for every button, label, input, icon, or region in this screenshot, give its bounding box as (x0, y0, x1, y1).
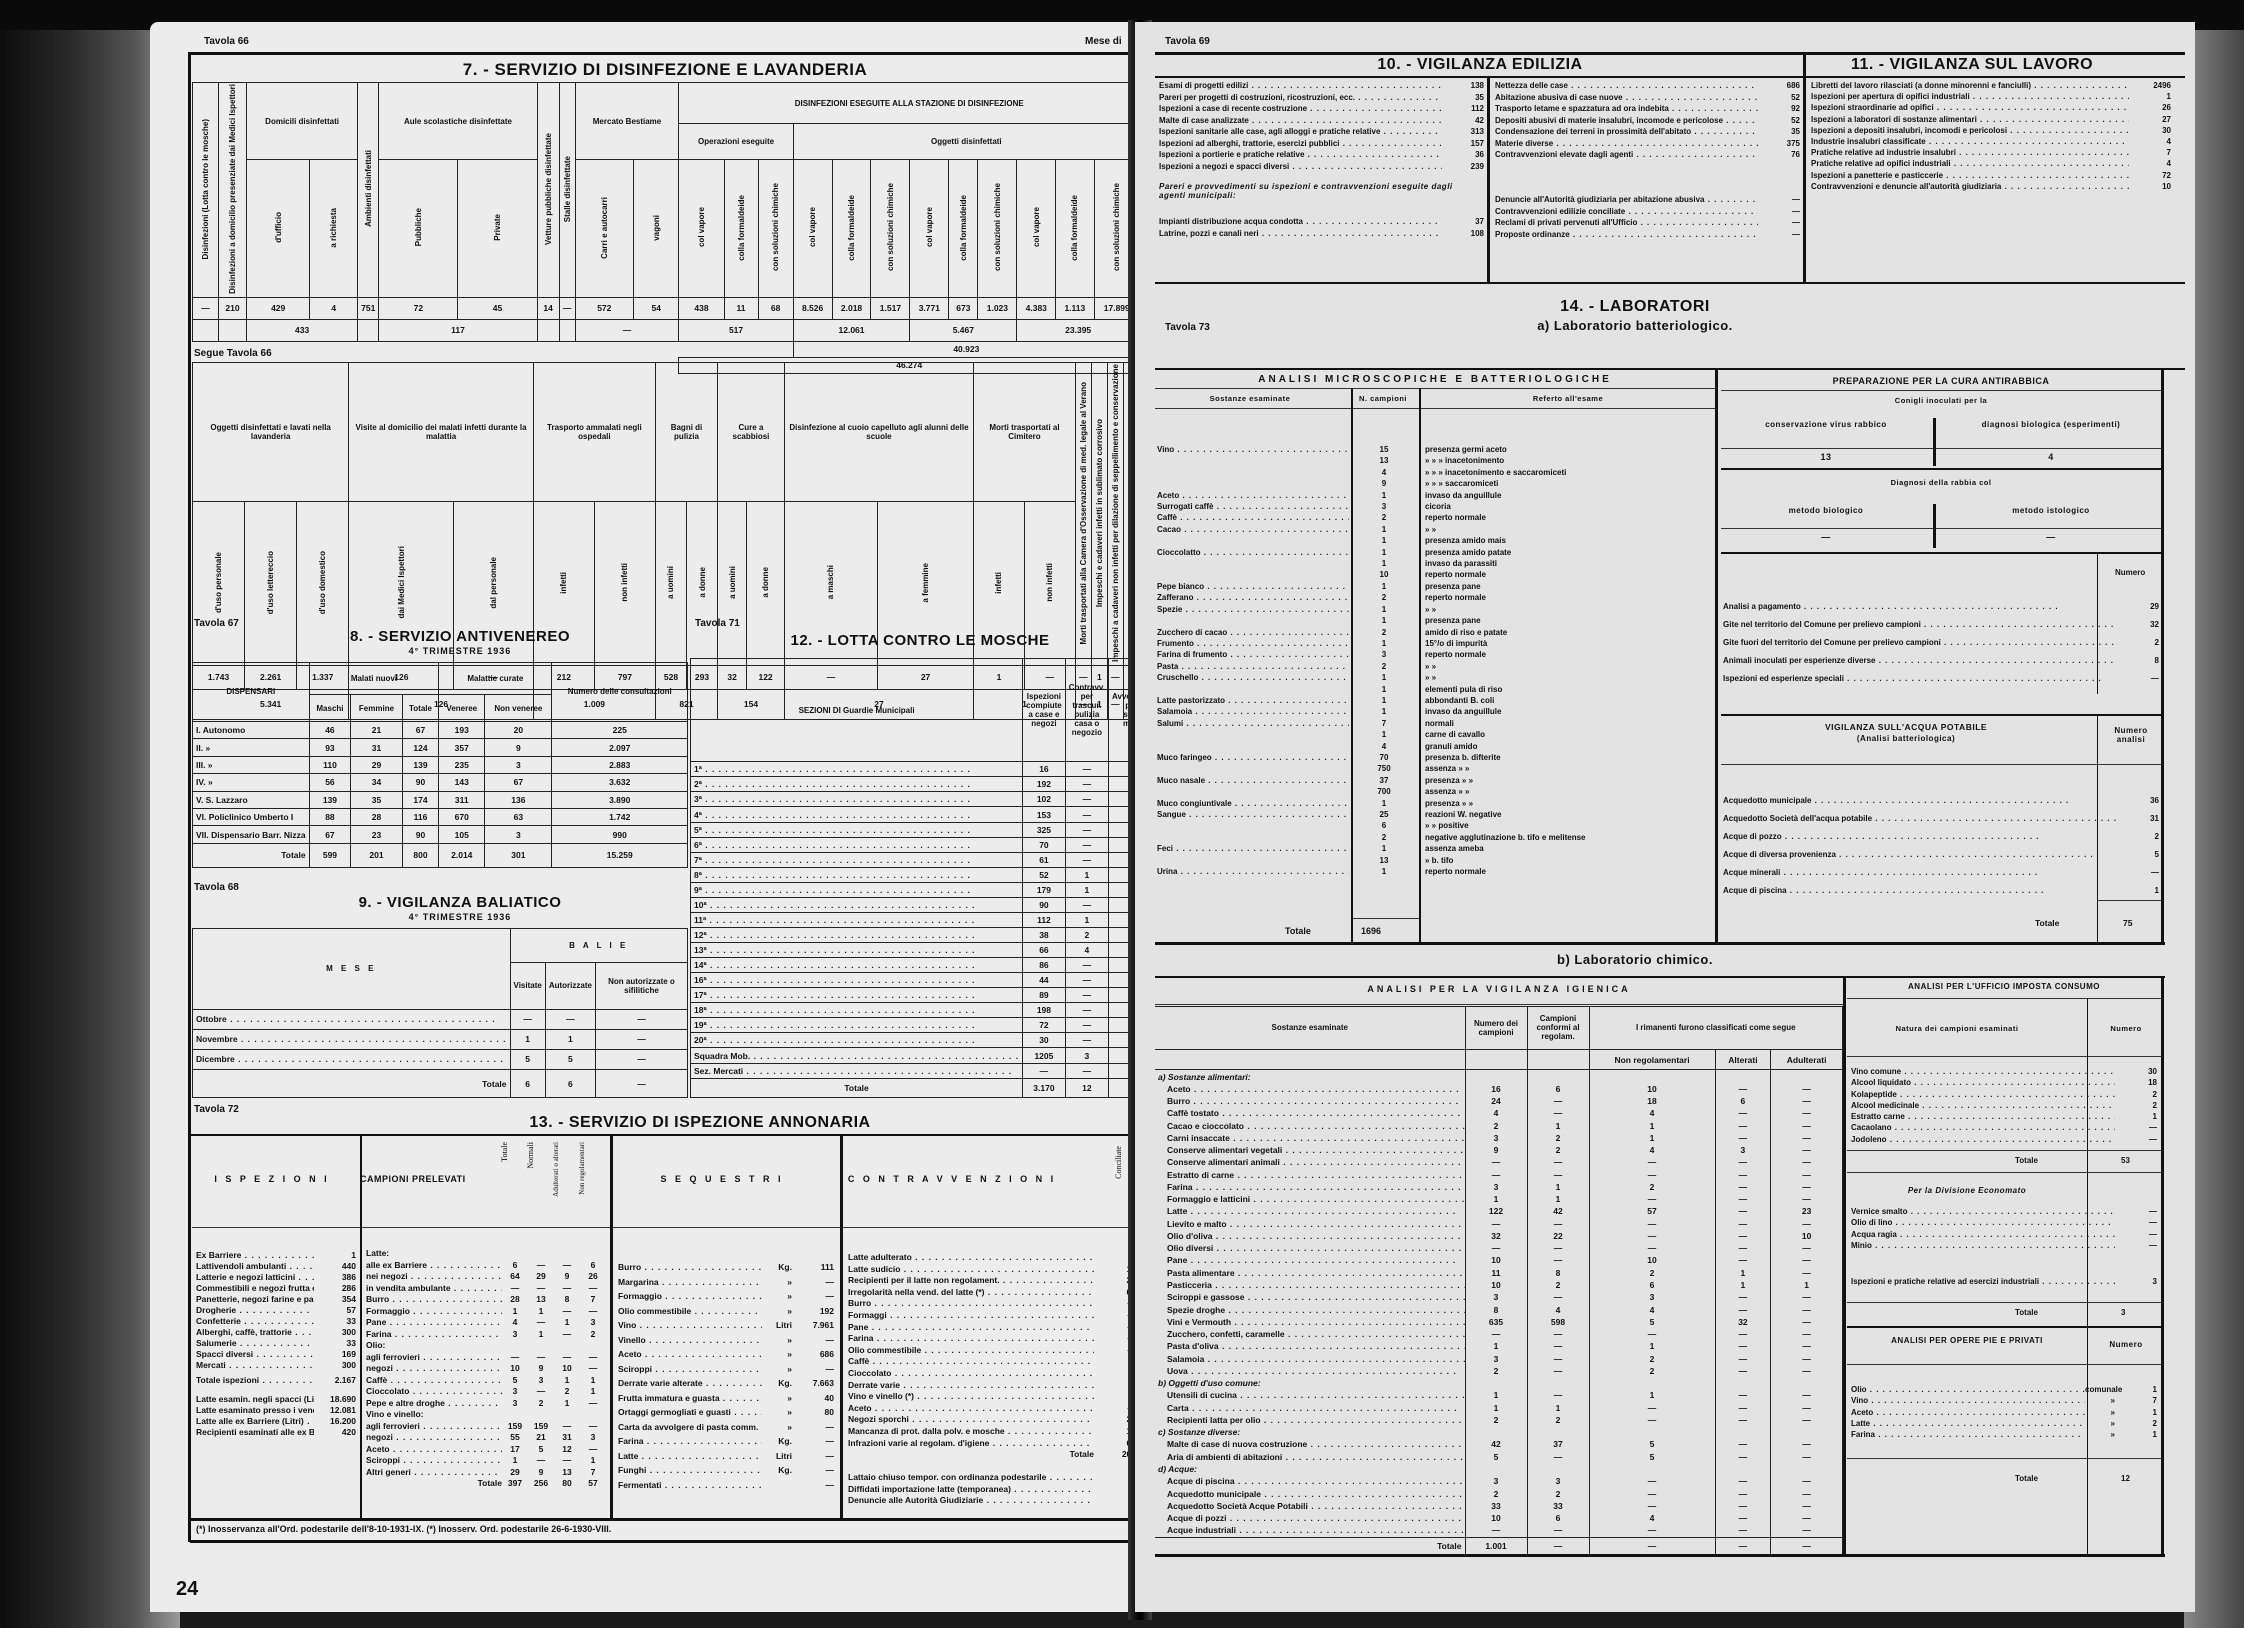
t13-header-band: I S P E Z I O N I CAMPIONI PRELEVATI Tot… (192, 1136, 1140, 1228)
list-item: Salamoia1invaso da anguillule (1157, 706, 1713, 717)
list-item: Latte pastorizzato1abbondanti B. coli (1157, 695, 1713, 706)
list-item: Abitazione abusiva di case nuove52 (1495, 92, 1800, 104)
item-label: Altri generi (366, 1467, 502, 1479)
cell: — (1715, 1291, 1771, 1303)
cell: 3 (485, 826, 552, 843)
item-value: 686 (792, 1347, 834, 1362)
item-value: 57 (314, 1305, 356, 1316)
cell: 1 (510, 1029, 545, 1049)
cell (1715, 1070, 1771, 1083)
item-value: — (1758, 229, 1800, 241)
t14-conigli-label: conservazione virus rabbico (1721, 420, 1931, 429)
item-label: Ispezioni a panetterie e pasticcerie (1811, 170, 2129, 181)
cell: 124 (402, 739, 439, 756)
list-item: BurroKg.111 (618, 1260, 834, 1275)
cell: II. » (193, 739, 310, 756)
item-value: 354 (314, 1294, 356, 1305)
item-value: 256 (528, 1478, 554, 1490)
list-item: Ispezioni a laboratori di sostanze alime… (1811, 114, 2171, 125)
item-label: Industrie insalubri classificate (1811, 136, 2129, 147)
table-row: Lievito e malto————— (1155, 1218, 1843, 1230)
cell: — (1527, 1156, 1589, 1168)
item-label: Cacaolano (1851, 1122, 2115, 1133)
t14-micro-col-campioni: N. campioni (1353, 394, 1413, 403)
divider (1933, 504, 1936, 548)
list-item: Cacao1» » (1157, 524, 1713, 535)
item-value: 1 (1349, 615, 1419, 626)
item-value (554, 1340, 580, 1352)
cell: 235 (439, 756, 485, 773)
item-label: Pane (848, 1322, 1094, 1334)
cell: 2 (1465, 1365, 1527, 1377)
table-row: VII. Dispensario Barr. Nizza672390105399… (193, 826, 688, 843)
list-item: Lattivendoli ambulanti440 (196, 1261, 356, 1272)
rule (1155, 408, 1715, 409)
item-value: 21 (528, 1432, 554, 1444)
item-unit: Kg. (762, 1260, 792, 1275)
rule (1721, 468, 2161, 470)
t14-antirabbica-header: PREPARAZIONE PER LA CURA ANTIRABBICA (1721, 376, 2161, 386)
item-value: 111 (792, 1260, 834, 1275)
t7b-sub: d'uso personale (214, 552, 223, 613)
item-value: 76 (1758, 149, 1800, 161)
item-value: 313 (1442, 126, 1484, 138)
cell: — (1589, 1218, 1715, 1230)
item-value: 2 (2115, 1418, 2157, 1429)
item-label: Alberghi, caffè, trattorie (196, 1327, 314, 1338)
item-value: 1 (2115, 1407, 2157, 1418)
cell: 32 (1465, 1230, 1527, 1242)
cell: 89 (1023, 988, 1066, 1003)
t14-diagnosi-value: — (1941, 532, 2161, 542)
item-value: 52 (1758, 92, 1800, 104)
list-item: FarinaKg.— (618, 1434, 834, 1449)
item-label: Confetterie (196, 1316, 314, 1327)
cell: 40.923 (793, 341, 1139, 357)
cell: 10ª (691, 897, 1023, 912)
item-label (1157, 741, 1349, 752)
list-item: Vinello»— (618, 1333, 834, 1348)
item-label: Cacao (1157, 524, 1349, 535)
cell: 598 (1527, 1316, 1589, 1328)
table-row: Estratto di carne————— (1155, 1169, 1843, 1181)
item-label: Carta da avvolgere di pasta comm. (618, 1420, 762, 1435)
item-label (1157, 467, 1349, 478)
t7-col-ambienti: Ambienti disinfettati (364, 150, 373, 227)
cell: — (1065, 807, 1108, 822)
table-row: Recipienti latta per olio22——— (1155, 1414, 1843, 1426)
t7-group-header: DISINFEZIONI ESEGUITE ALLA STAZIONE DI D… (679, 83, 1140, 124)
cell: — (1715, 1156, 1771, 1168)
list-item: Ispezioni ed esperienze speciali— (1723, 670, 2159, 688)
t14-acqua-subheader: (Analisi batteriologica) (1721, 734, 2091, 743)
list-item: Mercati300 (196, 1360, 356, 1371)
list-item: Latte sudicio14 (848, 1264, 1136, 1276)
cell: — (1465, 1218, 1527, 1230)
list-item: 1carne di cavallo (1157, 729, 1713, 740)
item-value: 7.663 (792, 1376, 834, 1391)
item-value: 2 (1349, 832, 1419, 843)
t10-title: 10. - VIGILANZA EDILIZIA (1155, 56, 1805, 74)
list-item: Olio di lino— (1851, 1217, 2157, 1228)
cell: 37 (1527, 1438, 1589, 1450)
cell: — (1589, 1537, 1715, 1555)
cell: — (1715, 1107, 1771, 1119)
cell: 2ª (691, 777, 1023, 792)
rule (1721, 552, 2161, 554)
table-row: b) Oggetti d'uso comune: (1155, 1377, 1843, 1389)
t14-consumo-header: ANALISI PER L'UFFICIO IMPOSTA CONSUMO (1847, 982, 2161, 991)
t8-col-malattie: Malattie curate (439, 663, 552, 695)
list-item: Latterie e negozi latticini386 (196, 1272, 356, 1283)
cell: 102 (1023, 792, 1066, 807)
item-label: Latte adulterato (848, 1252, 1094, 1264)
item-label: Latte esaminato presso i venditori amb. … (196, 1405, 314, 1416)
table-row: III. »1102913923532.883 (193, 756, 688, 773)
t14-micro-total-value: 1696 (1361, 926, 1381, 936)
header-right: Mese di (1085, 36, 1122, 47)
t9-total-row: Totale 6 6 — (193, 1070, 688, 1098)
item-label: Negozi sporchi (848, 1414, 1094, 1426)
t7b-sub: a donne (698, 567, 707, 598)
cell (1527, 1070, 1589, 1083)
t7b-sub: dai Medici Ispettori (397, 546, 406, 618)
table-row: Farina312—— (1155, 1181, 1843, 1193)
item-value: 33 (314, 1316, 356, 1327)
item-unit: » (2085, 1407, 2115, 1418)
item-value: 32 (2117, 616, 2159, 634)
item-value: — (1758, 217, 1800, 229)
item-value: 10 (502, 1363, 528, 1375)
cell: 5.467 (910, 319, 1017, 341)
cell (1589, 1377, 1715, 1389)
item-label: Spezie (1157, 604, 1349, 615)
cell: 28 (351, 808, 402, 825)
list-item: Denuncie alle Autorità Giudiziarie (848, 1495, 1136, 1507)
item-value: — (528, 1455, 554, 1467)
cell: 2 (1589, 1181, 1715, 1193)
cell: Caffè tostato (1155, 1107, 1465, 1119)
item-value: 55 (502, 1432, 528, 1444)
t14-igienica-col-alterati: Alterati (1715, 1049, 1771, 1069)
t14-diagnosi-value: — (1721, 532, 1931, 542)
t11-title: 11. - VIGILANZA SUL LAVORO (1807, 56, 2137, 74)
item-label (1157, 684, 1349, 695)
list-item: Infrazioni varie al regolam. d'igiene65 (848, 1438, 1136, 1450)
cell: 1 (1589, 1389, 1715, 1401)
list-item: Alberghi, caffè, trattorie300 (196, 1327, 356, 1338)
item-value: 7 (2129, 147, 2171, 158)
list-item: Formaggi— (848, 1310, 1136, 1322)
item-value: — (792, 1463, 834, 1478)
item-label: Vinello (618, 1333, 762, 1348)
t8-col-totale: Totale (402, 695, 439, 722)
cell: — (1527, 1389, 1589, 1401)
item-unit: » (2085, 1429, 2115, 1440)
item-label: Formaggio (618, 1289, 762, 1304)
item-label (1157, 786, 1349, 797)
item-label: Muco faringeo (1157, 752, 1349, 763)
t14-conigli-value: 13 (1721, 452, 1931, 462)
cell: 67 (309, 826, 351, 843)
item-label: Vino (618, 1318, 762, 1333)
list-item: Vino e vinello (*)2 (848, 1391, 1136, 1403)
t14-igienica-col-classificati: I rimanenti furono classificati come seg… (1589, 1007, 1843, 1050)
item-label: Pepe e altre droghe (366, 1398, 502, 1410)
t8-total-row: Totale 599 201 800 2.014 301 15.259 (193, 843, 688, 867)
item-label (1157, 820, 1349, 831)
item-value: 80 (792, 1405, 834, 1420)
item-label: Burro (848, 1298, 1094, 1310)
rule (190, 1518, 1140, 1521)
item-label: Zafferano (1157, 592, 1349, 603)
cell: — (1065, 1063, 1108, 1078)
item-value: 9 (554, 1271, 580, 1283)
cell: 3.632 (552, 774, 688, 791)
item-value: — (2115, 1240, 2157, 1251)
cell: — (1771, 1119, 1843, 1131)
list-item: Olio commestibile»192 (618, 1304, 834, 1319)
t14-micro-col-referto: Referto all'esame (1423, 394, 1713, 403)
t7b-group: Visite al domicilio dei malati infetti d… (349, 363, 534, 502)
item-label: Diffidati importazione latte (temporanea… (848, 1484, 1094, 1496)
item-label: Jodoleno (1851, 1134, 2115, 1145)
item-value: 1 (2115, 1111, 2157, 1122)
cell: 4ª (691, 807, 1023, 822)
cell: Sez. Mercati (691, 1063, 1023, 1078)
t8-col-veneree: Veneree (439, 695, 485, 722)
item-label: Frutta immatura e guasta (618, 1391, 762, 1406)
cell: 3 (1065, 1048, 1108, 1063)
item-value (502, 1409, 528, 1421)
cell: 6 (1527, 1512, 1589, 1524)
item-label: Caffè (1157, 512, 1349, 523)
t13-tavola: Tavola 72 (194, 1104, 239, 1115)
cell: 72 (1023, 1018, 1066, 1033)
item-label: Muco nasale (1157, 775, 1349, 786)
list-item: Vino»7 (1851, 1395, 2157, 1406)
cell: 34 (351, 774, 402, 791)
item-label: Trasporto letame e spazzatura ad ora ind… (1495, 103, 1758, 115)
t13-ispezioni-list: Ex Barriere1Lattivendoli ambulanti440Lat… (196, 1250, 356, 1438)
item-value: — (792, 1275, 834, 1290)
cell: 11 (724, 297, 758, 319)
item-value: 286 (314, 1283, 356, 1294)
item-value: — (580, 1352, 606, 1364)
cell: — (1527, 1365, 1589, 1377)
cell: 1 (545, 1029, 595, 1049)
cell: — (1527, 1169, 1589, 1181)
t7b-group: Bagni di pulizia (655, 363, 717, 502)
list-item: Reclami di privati pervenuti all'Ufficio… (1495, 217, 1800, 229)
t12-tavola: Tavola 71 (695, 618, 740, 629)
cell: 11ª (691, 912, 1023, 927)
cell: 117 (379, 319, 537, 341)
item-label: Feci (1157, 843, 1349, 854)
cell: 1 (1771, 1279, 1843, 1291)
item-label: agli ferrovieri (366, 1352, 502, 1364)
t10-right2-list: Denuncie all'Autorità giudiziaria per ab… (1495, 194, 1800, 240)
cell: — (1715, 1230, 1771, 1242)
t12-title: 12. - LOTTA CONTRO LE MOSCHE (710, 632, 1130, 649)
item-value: — (792, 1420, 834, 1435)
item-label: Ispezioni a negozi e spacci diversi (1159, 161, 1442, 173)
item-label: Acque di pozzo (1723, 828, 2117, 846)
cell: — (595, 1070, 687, 1098)
item-value: — (2115, 1134, 2157, 1145)
item-label: Salumerie (196, 1338, 314, 1349)
cell: 56 (309, 774, 351, 791)
item-value: 80 (554, 1478, 580, 1490)
cell: Formaggio e latticini (1155, 1193, 1465, 1205)
item-label: negozi (366, 1432, 502, 1444)
t14-conigli-label: diagnosi biologica (esperimenti) (1941, 420, 2161, 429)
cell: Conserve alimentari animali (1155, 1156, 1465, 1168)
table-row: Sciroppi e gassose3—3—— (1155, 1291, 1843, 1303)
rule (1847, 1326, 2161, 1328)
cell: — (595, 1029, 687, 1049)
list-item: Materie diverse375 (1495, 138, 1800, 150)
t7-col-soluzioni: con soluzioni chimiche (886, 183, 895, 271)
list-item: Ispezioni a negozi e spacci diversi239 (1159, 161, 1484, 173)
list-item: Alcool medicinale2 (1851, 1100, 2157, 1111)
cell: — (1715, 1352, 1771, 1364)
cell: Pane (1155, 1254, 1465, 1266)
t13-contravvenzioni-list: Latte adulterato1Latte sudicio14Recipien… (848, 1252, 1136, 1461)
item-value: 138 (1442, 80, 1484, 92)
tavola-label: Tavola 69 (1165, 36, 1210, 47)
t7-col-vapore: col vapore (1032, 207, 1041, 247)
item-value: 1 (1349, 604, 1419, 615)
item-label (1157, 855, 1349, 866)
item-value: 1 (1349, 524, 1419, 535)
list-item: Lattaio chiuso tempor. con ordinanza pod… (848, 1472, 1136, 1484)
item-value: 9 (1349, 478, 1419, 489)
t7b-sub: a maschi (826, 565, 835, 599)
cell: — (575, 319, 679, 341)
list-item: nei negozi6429926 (366, 1271, 606, 1283)
item-referto: reazioni W. negative (1419, 809, 1501, 820)
list-item: 4granuli amido (1157, 741, 1713, 752)
item-value: 2 (554, 1386, 580, 1398)
cell: Aceto (1155, 1083, 1465, 1095)
table-row: IV. »563490143673.632 (193, 774, 688, 791)
cell: — (1771, 1389, 1843, 1401)
cell: — (1715, 1438, 1771, 1450)
cell: — (1589, 1402, 1715, 1414)
cell: — (1715, 1340, 1771, 1352)
list-item: Acquedotto Società dell'acqua potabile31 (1723, 810, 2159, 828)
table-row: Conserve alimentari vegetali9243— (1155, 1144, 1843, 1156)
cell: 20ª (691, 1033, 1023, 1048)
item-label: Caffè (366, 1375, 502, 1387)
t13-sequestri-list: BurroKg.111Margarina»—Formaggio»—Olio co… (618, 1260, 834, 1492)
list-item: Carta da avvolgere di pasta comm.»— (618, 1420, 834, 1435)
list-item: negozi5521313 (366, 1432, 606, 1444)
item-label: Impianti distribuzione acqua condotta (1159, 216, 1442, 228)
item-value (528, 1409, 554, 1421)
item-label: Alcool medicinale (1851, 1100, 2115, 1111)
item-label: negozi (366, 1363, 502, 1375)
t9-subtitle: 4° TRIMESTRE 1936 (330, 912, 590, 922)
t7-title: 7. - SERVIZIO DI DISINFEZIONE E LAVANDER… (190, 60, 1140, 80)
cell: Farina (1155, 1181, 1465, 1193)
list-item: Surrogati caffè3cicoria (1157, 501, 1713, 512)
cell: — (1065, 1033, 1108, 1048)
list-item: Altri generi299137 (366, 1467, 606, 1479)
item-label: Aceto (618, 1347, 762, 1362)
table-row: a) Sostanze alimentari: (1155, 1070, 1843, 1083)
item-value: 6 (580, 1260, 606, 1272)
cell: 14ª (691, 958, 1023, 973)
cell: 5 (1589, 1451, 1715, 1463)
list-item: Panetterie, negozi farine e paste354 (196, 1294, 356, 1305)
t7-col-domicili: Domicili disinfettati (247, 83, 358, 160)
cell: — (1527, 1218, 1589, 1230)
cell (1465, 1377, 1527, 1389)
list-item: 9» » » saccaromiceti (1157, 478, 1713, 489)
t13-col-adulterati: Adulterati o alterati (552, 1142, 560, 1197)
rule (1155, 1554, 2165, 1557)
t7b-group: Trasporto ammalati negli ospedali (533, 363, 655, 502)
cell (1715, 1377, 1771, 1389)
item-value: — (2115, 1229, 2157, 1240)
item-referto: » » (1419, 604, 1436, 615)
cell: 54 (634, 297, 679, 319)
cell: — (1589, 1169, 1715, 1181)
item-label: agli ferrovieri (366, 1421, 502, 1433)
item-label: Lattaio chiuso tempor. con ordinanza pod… (848, 1472, 1094, 1484)
cell: 13ª (691, 943, 1023, 958)
cell: — (1465, 1328, 1527, 1340)
item-value: 42 (1442, 115, 1484, 127)
list-item: in vendita ambulante———— (366, 1283, 606, 1295)
cell: — (1065, 988, 1108, 1003)
cell: — (1771, 1487, 1843, 1499)
list-item: Ispezioni a depositi insalubri, incomodi… (1811, 125, 2171, 136)
list-item: Gite fuori del territorio del Comune per… (1723, 634, 2159, 652)
table-row: Acquedotto Società Acque Potabili3333——— (1155, 1500, 1843, 1512)
list-item: 10reperto normale (1157, 569, 1713, 580)
item-value (554, 1409, 580, 1421)
list-item: Contravvenzioni e denuncie all'autorità … (1811, 181, 2171, 192)
cell (1527, 1426, 1589, 1438)
item-value: 17 (502, 1444, 528, 1456)
t7-col-aule: Aule scolastiche disinfettate (379, 83, 537, 160)
cell: — (1715, 1487, 1771, 1499)
rule (1155, 76, 2185, 78)
item-label: Lattivendoli ambulanti (196, 1261, 314, 1272)
t13-col-campioni: CAMPIONI PRELEVATI (360, 1174, 490, 1184)
rule (190, 1540, 1140, 1543)
item-value (580, 1409, 606, 1421)
item-value: 157 (1442, 138, 1484, 150)
item-value: 30 (2115, 1066, 2157, 1077)
list-item: 1presenza pane (1157, 615, 1713, 626)
cell: — (1715, 1119, 1771, 1131)
t14-tavola: Tavola 73 (1165, 322, 1210, 333)
item-label: Ispezioni e pratiche relative ad eserciz… (1851, 1276, 2115, 1287)
item-label: Ex Barriere (196, 1250, 314, 1261)
t7-col-vapore: col vapore (697, 207, 706, 247)
list-item: negozi10910— (366, 1363, 606, 1375)
cell: — (1771, 1193, 1843, 1205)
item-value: 4 (2129, 136, 2171, 147)
item-value: 1 (1349, 729, 1419, 740)
cell: 6 (510, 1070, 545, 1098)
table-row: Novembre11— (193, 1029, 688, 1049)
item-value: — (580, 1421, 606, 1433)
